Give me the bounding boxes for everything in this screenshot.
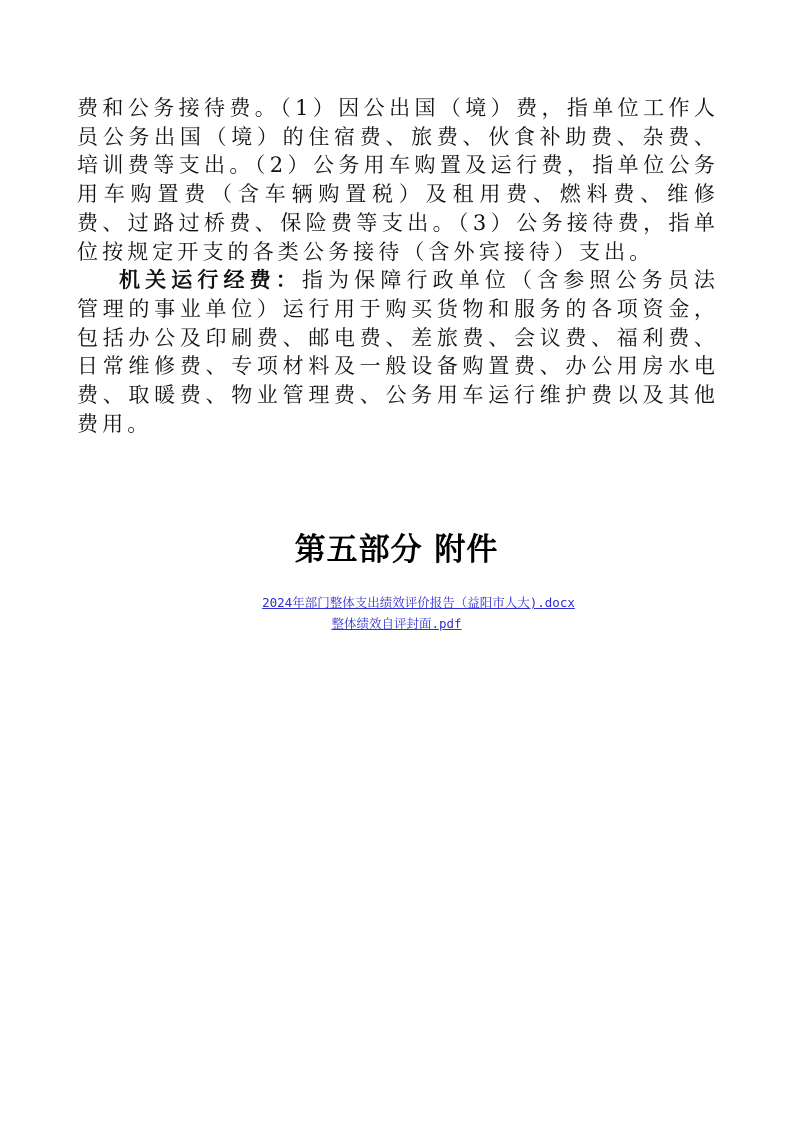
document-page: 费和公务接待费。（1）因公出国（境）费，指单位工作人员公务出国（境）的住宿费、旅… — [0, 0, 793, 1122]
paragraph-operating-costs: 机关运行经费：指为保障行政单位（含参照公务员法管理的事业单位）运行用于购买货物和… — [77, 266, 719, 438]
body-text: 费和公务接待费。（1）因公出国（境）费，指单位工作人员公务出国（境）的住宿费、旅… — [77, 94, 719, 438]
paragraph-text: 指为保障行政单位（含参照公务员法管理的事业单位）运行用于购买货物和服务的各项资金… — [77, 268, 719, 436]
section-title: 第五部分 附件 — [0, 524, 793, 569]
attachment-list: 2024年部门整体支出绩效评价报告（益阳市人大).docx 整体绩效自评封面.p… — [0, 592, 793, 634]
paragraph-expense-definition: 费和公务接待费。（1）因公出国（境）费，指单位工作人员公务出国（境）的住宿费、旅… — [77, 94, 719, 266]
term-label: 机关运行经费： — [119, 268, 302, 292]
attachment-link-report-docx[interactable]: 2024年部门整体支出绩效评价报告（益阳市人大).docx — [44, 592, 793, 613]
attachment-link-cover-pdf[interactable]: 整体绩效自评封面.pdf — [0, 613, 793, 634]
paragraph-text: 费和公务接待费。（1）因公出国（境）费，指单位工作人员公务出国（境）的住宿费、旅… — [77, 96, 719, 264]
